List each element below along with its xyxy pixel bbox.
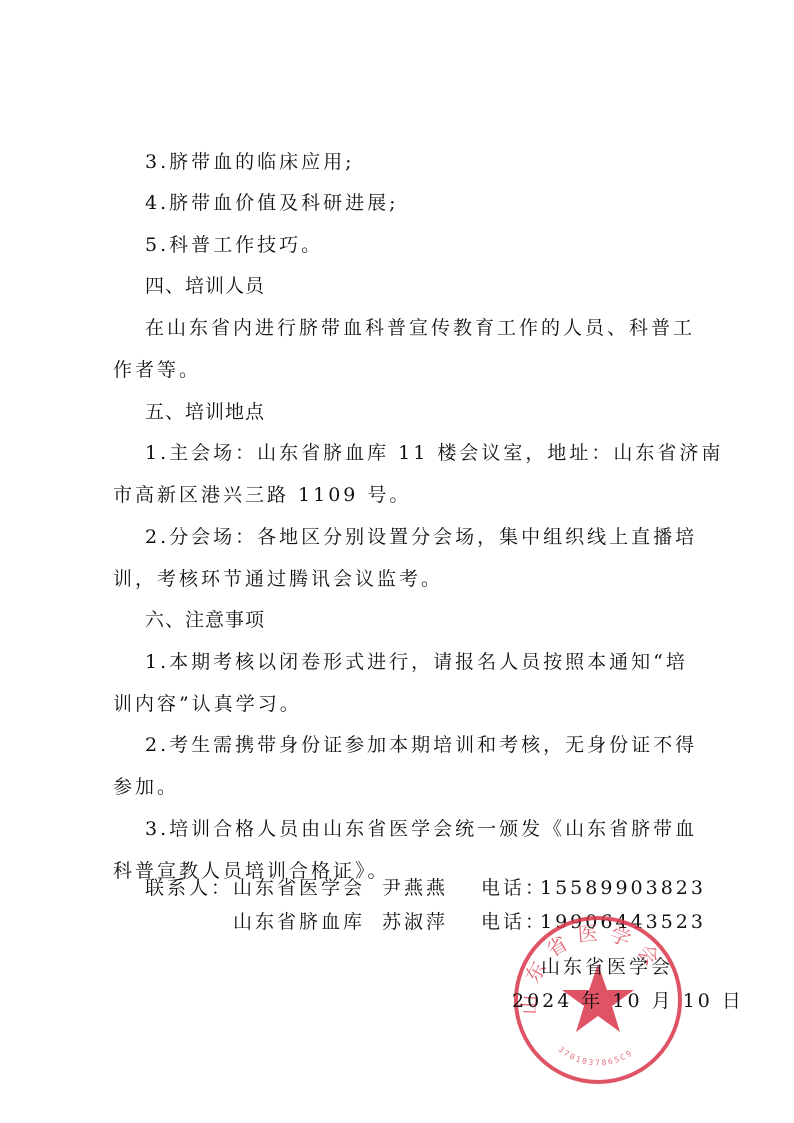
paragraph-line: 训内容”认真学习。 (113, 692, 302, 716)
paragraph-line: 2.分会场：各地区分别设置分会场，集中组织线上直播培 (145, 525, 697, 549)
paragraph-line: 3.培训合格人员由山东省医学会统一颁发《山东省脐带血 (145, 817, 697, 841)
section-heading: 四、培训人员 (145, 274, 265, 298)
section-heading: 六、注意事项 (145, 608, 265, 632)
contact-org: 山东省脐血库 (233, 910, 365, 934)
paragraph-line: 2.考生需携带身份证参加本期培训和考核，无身份证不得 (145, 733, 697, 757)
signature-org: 山东省医学会 (541, 955, 673, 979)
svg-text:3701037865C9: 3701037865C9 (556, 1045, 634, 1068)
section-heading: 五、培训地点 (145, 400, 265, 424)
contact-phone: 15589903823 (540, 876, 706, 900)
list-item: 5.科普工作技巧。 (145, 233, 323, 257)
contact-name: 苏淑萍 (382, 910, 448, 934)
contact-name: 尹燕燕 (382, 876, 448, 900)
list-item: 4.脐带血价值及科研进展; (145, 191, 399, 215)
contact-phone-label: 电话： (481, 876, 547, 900)
paragraph-line: 1.主会场：山东省脐血库 11 楼会议室，地址：山东省济南 (145, 441, 723, 465)
paragraph-line: 作者等。 (113, 358, 201, 382)
paragraph-line: 市高新区港兴三路 1109 号。 (113, 483, 411, 507)
paragraph-line: 在山东省内进行脐带血科普宣传教育工作的人员、科普工 (145, 316, 695, 340)
paragraph-line: 训，考核环节通过腾讯会议监考。 (113, 567, 443, 591)
contact-label: 联系人： (145, 876, 233, 900)
paragraph-line: 1.本期考核以闭卷形式进行，请报名人员按照本通知“培 (145, 650, 688, 674)
signature-date: 2024 年 10 月 10 日 (512, 989, 744, 1013)
contact-org: 山东省医学会 (233, 876, 365, 900)
list-item: 3.脐带血的临床应用; (145, 150, 355, 174)
paragraph-line: 参加。 (113, 775, 179, 799)
